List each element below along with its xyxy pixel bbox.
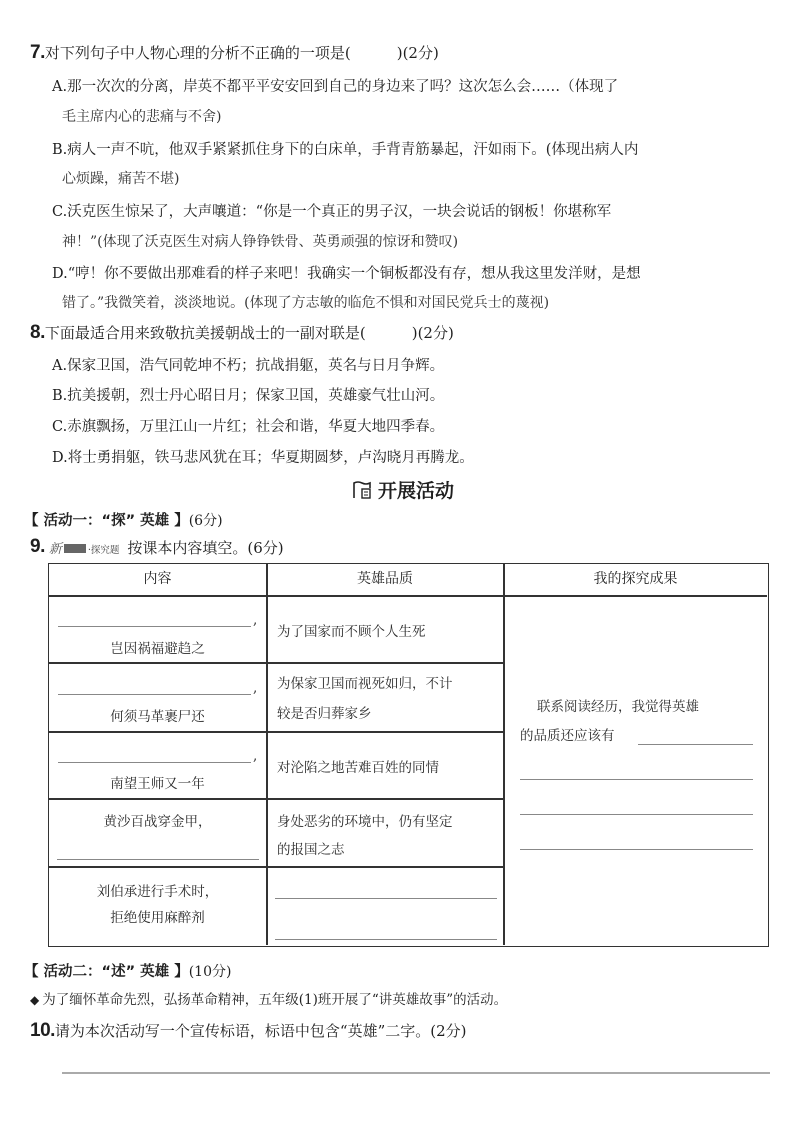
question-stem: 对下列句子中人物心理的分析不正确的一项是( bbox=[45, 44, 351, 62]
divider bbox=[266, 564, 268, 945]
option-a[interactable]: A.那一次次的分离，岸英不都平平安安回到自己的身边来了吗？这次怎么会……（体现了 bbox=[52, 75, 618, 96]
comma: , bbox=[253, 748, 257, 764]
fill-blank-line[interactable] bbox=[638, 744, 753, 745]
option-text: 那一次次的分离，岸英不都平平安安回到自己的身边来了吗？这次怎么会……（体现了 bbox=[67, 79, 618, 95]
divider bbox=[49, 662, 504, 664]
option-label: D. bbox=[52, 450, 68, 466]
fill-blank-line[interactable] bbox=[58, 694, 251, 695]
option-text: 沃克医生惊呆了，大声嚷道：“你是一个真正的男子汉，一块会说话的钢板！你堪称军 bbox=[67, 204, 611, 220]
option-b[interactable]: B.病人一声不吭，他双手紧紧抓住身下的白床单，手背青筋暴起，汗如雨下。(体现出病… bbox=[52, 138, 638, 159]
question-7: 7.对下列句子中人物心理的分析不正确的一项是()(2分) bbox=[30, 42, 439, 64]
quality-text: 身处恶劣的环境中，仍有坚定 bbox=[277, 810, 453, 830]
fill-blank-line[interactable] bbox=[275, 939, 497, 940]
option-label: A. bbox=[52, 358, 67, 374]
quality-text: 为了国家而不顾个人生死 bbox=[277, 620, 426, 640]
activity-title: 【 活动一：“探” 英雄 】 bbox=[24, 513, 189, 529]
quality-text: 的报国之志 bbox=[277, 838, 345, 858]
option-label: A. bbox=[52, 79, 67, 95]
content-text: 刘伯承进行手术时， bbox=[49, 880, 266, 900]
content-text: 岂因祸福避趋之 bbox=[49, 637, 266, 657]
question-10: 10.请为本次活动写一个宣传标语，标语中包含“英雄”二字。(2分) bbox=[30, 1020, 467, 1042]
option-text: 保家卫国，浩气同乾坤不朽；抗战捐躯，英名与日月争辉。 bbox=[67, 358, 444, 374]
diamond-bullet-icon: ◆ bbox=[30, 993, 39, 1007]
header-quality: 英雄品质 bbox=[267, 568, 503, 588]
option-text: 抗美援朝，烈士丹心昭日月；保家卫国，英雄豪气壮山河。 bbox=[67, 388, 444, 404]
question-stem: 按课本内容填空。(6分) bbox=[127, 537, 283, 558]
option-text: “哼！你不要做出那难看的样子来吧！我确实一个铜板都没有存，想从我这里发洋财，是想 bbox=[68, 266, 641, 282]
option-text: 将士勇捐躯，铁马悲风犹在耳；华夏期圆梦，卢沟晓月再腾龙。 bbox=[68, 450, 474, 466]
content-text: 何须马革裹尸还 bbox=[49, 705, 266, 725]
option-text: 赤旗飘扬，万里江山一片红；社会和谐，华夏大地四季春。 bbox=[67, 419, 444, 435]
option-d-cont: 错了。”我微笑着，淡淡地说。(体现了方志敏的临危不惧和对国民党兵士的蔑视) bbox=[62, 292, 549, 312]
badge-type: ·探究题 bbox=[88, 545, 120, 556]
question-number: 10. bbox=[30, 1020, 55, 1041]
divider bbox=[49, 595, 767, 597]
result-prompt: 联系阅读经历，我觉得英雄 bbox=[537, 695, 699, 715]
option-a[interactable]: A.保家卫国，浩气同乾坤不朽；抗战捐躯，英名与日月争辉。 bbox=[52, 354, 444, 375]
content-text: 黄沙百战穿金甲， bbox=[49, 810, 266, 830]
section-title: 开展活动 bbox=[378, 476, 454, 503]
question-score: )(2分) bbox=[397, 44, 439, 62]
question-stem: 请为本次活动写一个宣传标语，标语中包含“英雄”二字。(2分) bbox=[55, 1022, 467, 1040]
intro-text: 为了缅怀革命先烈，弘扬革命精神，五年级(1)班开展了“讲英雄故事”的活动。 bbox=[42, 992, 507, 1008]
fill-blank-line[interactable] bbox=[520, 849, 753, 850]
result-prompt: 的品质还应该有 bbox=[520, 724, 615, 744]
option-b-cont: 心烦躁，痛苦不堪) bbox=[62, 168, 179, 188]
divider bbox=[49, 731, 504, 733]
section-header: 开展活动 bbox=[352, 476, 454, 503]
question-number: 7. bbox=[30, 42, 45, 63]
fill-blank-line[interactable] bbox=[520, 814, 753, 815]
option-text: 病人一声不吭，他双手紧紧抓住身下的白床单，手背青筋暴起，汗如雨下。(体现出病人内 bbox=[67, 142, 638, 158]
option-c-cont: 神！”(体现了沃克医生对病人铮铮铁骨、英勇顽强的惊讶和赞叹) bbox=[62, 231, 458, 251]
option-label: B. bbox=[52, 388, 67, 404]
activity-2-heading: 【 活动二：“述” 英雄 】(10分) bbox=[24, 960, 231, 981]
divider bbox=[503, 564, 505, 945]
option-d[interactable]: D.“哼！你不要做出那难看的样子来吧！我确实一个铜板都没有存，想从我这里发洋财，… bbox=[52, 262, 641, 283]
activity-1-heading: 【 活动一：“探” 英雄 】(6分) bbox=[24, 509, 223, 530]
comma: , bbox=[253, 612, 257, 628]
activity-score: (6分) bbox=[189, 513, 223, 529]
fill-blank-line[interactable] bbox=[520, 779, 753, 780]
option-c[interactable]: C.沃克医生惊呆了，大声嚷道：“你是一个真正的男子汉，一块会说话的钢板！你堪称军 bbox=[52, 200, 611, 221]
option-label: C. bbox=[52, 419, 67, 435]
quality-text: 为保家卫国而视死如归，不计 bbox=[277, 672, 453, 692]
option-c[interactable]: C.赤旗飘扬，万里江山一片红；社会和谐，华夏大地四季春。 bbox=[52, 415, 444, 436]
badge-new: 新 bbox=[49, 542, 62, 557]
inquiry-table: 内容 英雄品质 我的探究成果 , 岂因祸福避趋之 为了国家而不顾个人生死 , 何… bbox=[48, 563, 769, 947]
option-label: B. bbox=[52, 142, 67, 158]
content-text: 拒绝使用麻醉剂 bbox=[49, 906, 266, 926]
activity-score: (10分) bbox=[189, 964, 232, 980]
header-content: 内容 bbox=[49, 568, 266, 588]
badge-bar-icon bbox=[64, 544, 86, 553]
option-label: D. bbox=[52, 266, 68, 282]
question-8: 8.下面最适合用来致敬抗美援朝战士的一副对联是()(2分) bbox=[30, 322, 454, 344]
content-text: 南望王师又一年 bbox=[49, 772, 266, 792]
quality-text: 对沦陷之地苦难百姓的同情 bbox=[277, 756, 439, 776]
comma: , bbox=[253, 680, 257, 696]
flag-document-icon bbox=[352, 480, 372, 500]
answer-line[interactable] bbox=[62, 1072, 770, 1074]
question-stem: 下面最适合用来致敬抗美援朝战士的一副对联是( bbox=[45, 324, 366, 342]
quality-text: 较是否归葬家乡 bbox=[277, 702, 372, 722]
activity-title: 【 活动二：“述” 英雄 】 bbox=[24, 964, 189, 980]
question-9: 9. 新·探究题 按课本内容填空。(6分) bbox=[30, 536, 284, 558]
option-d[interactable]: D.将士勇捐躯，铁马悲风犹在耳；华夏期圆梦，卢沟晓月再腾龙。 bbox=[52, 446, 474, 467]
header-result: 我的探究成果 bbox=[504, 568, 767, 588]
option-b[interactable]: B.抗美援朝，烈士丹心昭日月；保家卫国，英雄豪气壮山河。 bbox=[52, 384, 444, 405]
question-type-badge: 新·探究题 bbox=[49, 538, 120, 557]
question-number: 9. bbox=[30, 536, 45, 558]
question-number: 8. bbox=[30, 322, 45, 343]
divider bbox=[49, 866, 504, 868]
option-a-cont: 毛主席内心的悲痛与不舍) bbox=[62, 106, 221, 126]
option-label: C. bbox=[52, 204, 67, 220]
question-score: )(2分) bbox=[412, 324, 454, 342]
fill-blank-line[interactable] bbox=[57, 859, 259, 860]
activity-2-intro: ◆为了缅怀革命先烈，弘扬革命精神，五年级(1)班开展了“讲英雄故事”的活动。 bbox=[30, 988, 507, 1008]
fill-blank-line[interactable] bbox=[58, 762, 251, 763]
fill-blank-line[interactable] bbox=[275, 898, 497, 899]
divider bbox=[49, 798, 504, 800]
fill-blank-line[interactable] bbox=[58, 626, 251, 627]
